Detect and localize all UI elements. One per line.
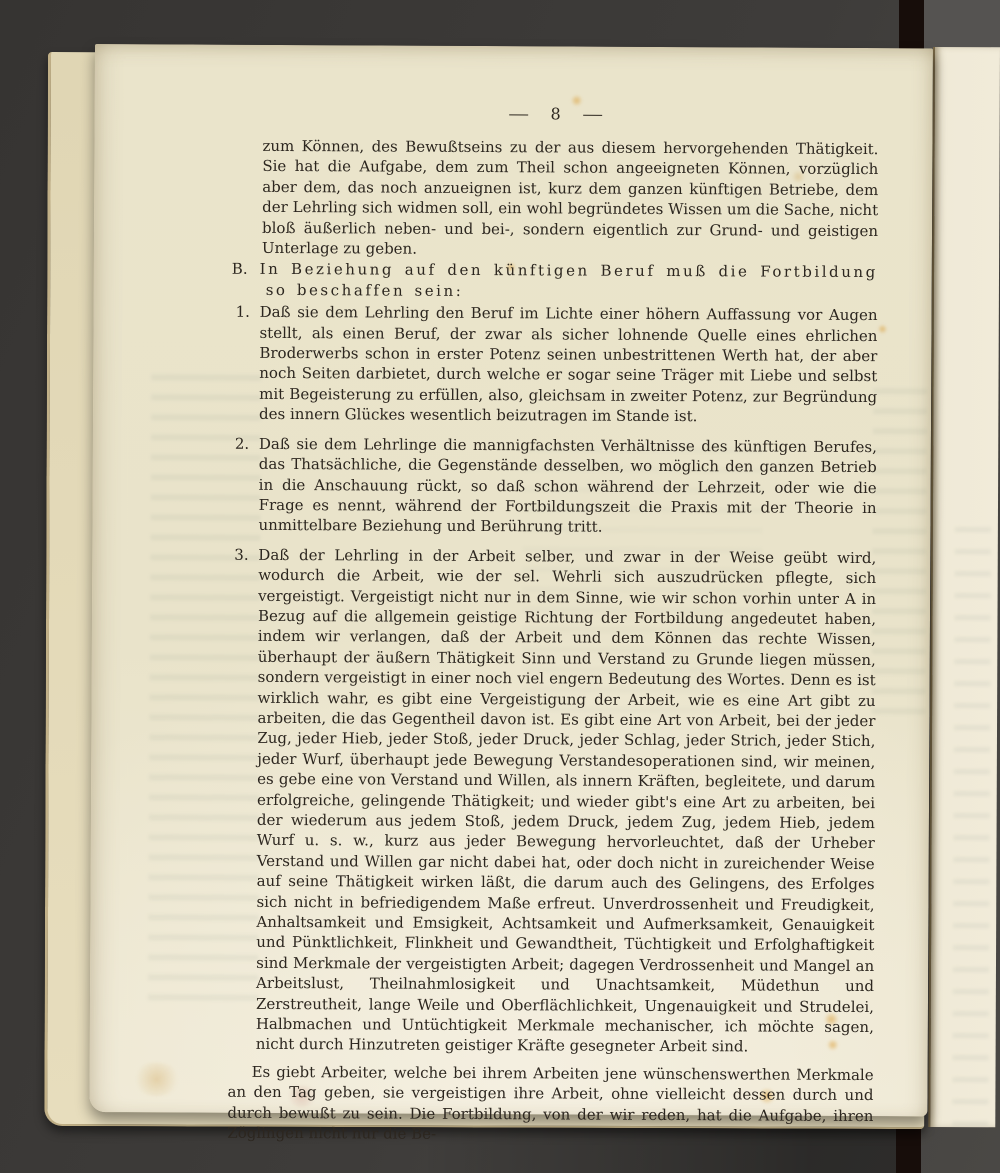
item-text: Daß der Lehrling in der Arbeit selber, u… [256, 545, 877, 1058]
item-text: Daß sie dem Lehrling den Beruf im Lichte… [259, 302, 878, 428]
text-block: zum Können, des Bewußtseins zu der aus d… [227, 136, 878, 1147]
scan-backdrop: — 8 — zum Können, des Bewußtseins zu der… [0, 0, 1000, 1173]
foxing-stain [877, 324, 887, 334]
backdrop-shade-top-right [921, 0, 1000, 54]
item-text: Daß sie dem Lehrlinge die mannigfachsten… [258, 434, 877, 539]
list-item: 1. Daß sie dem Lehrling den Beruf im Lic… [231, 302, 878, 428]
book-spine-top [899, 0, 924, 53]
page-header: — 8 — [233, 103, 879, 125]
list-item: 3. Daß der Lehrling in der Arbeit selber… [228, 544, 877, 1058]
paragraph-closing: Es giebt Arbeiter, welche bei ihrem Arbe… [227, 1062, 873, 1147]
section-b-label: B. [232, 260, 248, 278]
book-spine-bottom [896, 1124, 921, 1173]
item-number: 1. [232, 302, 260, 323]
item-number: 2. [231, 433, 259, 454]
header-dash-right: — [582, 105, 603, 124]
scanned-page: — 8 — zum Können, des Bewußtseins zu der… [89, 44, 933, 1116]
list-item: 2. Daß sie dem Lehrlinge die mannigfachs… [230, 433, 877, 538]
header-dash-left: — [508, 104, 529, 123]
verso-showthrough-right [871, 388, 927, 728]
section-b-text: In Beziehung auf den künftigen Beruf muß… [260, 260, 878, 299]
adjacent-page-showthrough [952, 527, 991, 1127]
foxing-stain [131, 1062, 181, 1096]
item-number: 3. [230, 544, 258, 565]
section-b-heading: B.In Beziehung auf den künftigen Beruf m… [232, 259, 878, 303]
page-number: 8 [550, 104, 560, 123]
adjacent-page-edge [928, 47, 1000, 1127]
numbered-list: 1. Daß sie dem Lehrling den Beruf im Lic… [228, 302, 878, 1058]
paragraph-continuation: zum Können, des Bewußtseins zu der aus d… [262, 136, 879, 262]
